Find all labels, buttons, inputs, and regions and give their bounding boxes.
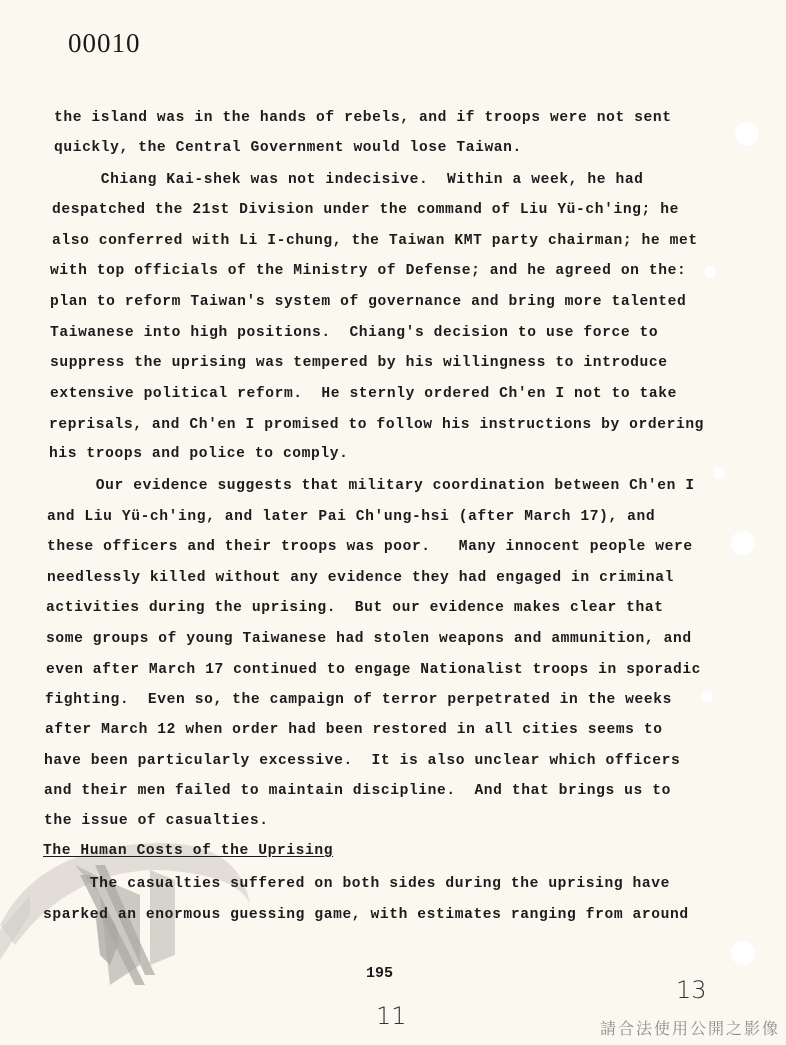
section-heading: The Human Costs of the Uprising — [43, 843, 333, 859]
punch-hole-icon — [730, 940, 756, 966]
punch-hole-icon — [734, 121, 760, 147]
text-line: with top officials of the Ministry of De… — [50, 263, 686, 279]
handwritten-note-bottom: 11 — [376, 1002, 407, 1030]
text-line: The casualties suffered on both sides du… — [43, 876, 670, 892]
text-line: these officers and their troops was poor… — [47, 539, 693, 555]
archive-usage-watermark: 請合法使用公開之影像 — [600, 1016, 780, 1039]
text-line: the issue of casualties. — [44, 813, 269, 829]
text-line: sparked an enormous guessing game, with … — [43, 907, 689, 923]
punch-hole-icon — [730, 530, 756, 556]
punch-hole-icon — [700, 690, 714, 704]
text-line: have been particularly excessive. It is … — [44, 753, 680, 769]
archive-stamp-number: 00010 — [68, 28, 141, 59]
text-line: reprisals, and Ch'en I promised to follo… — [49, 417, 704, 433]
text-line: needlessly killed without any evidence t… — [47, 570, 674, 586]
text-line: the island was in the hands of rebels, a… — [54, 110, 672, 126]
text-line: despatched the 21st Division under the c… — [52, 202, 679, 218]
text-line: extensive political reform. He sternly o… — [50, 386, 677, 402]
text-line: fighting. Even so, the campaign of terro… — [45, 692, 672, 708]
text-line: his troops and police to comply. — [49, 446, 348, 462]
page-number: 195 — [366, 965, 393, 982]
text-line: plan to reform Taiwan's system of govern… — [50, 294, 686, 310]
text-line: and their men failed to maintain discipl… — [44, 783, 671, 799]
text-line: Taiwanese into high positions. Chiang's … — [50, 325, 658, 341]
document-page: 00010 the island was in the hands of reb… — [0, 0, 786, 1045]
handwritten-note-right: 13 — [676, 976, 707, 1004]
text-line: after March 12 when order had been resto… — [45, 722, 663, 738]
text-line: and Liu Yü-ch'ing, and later Pai Ch'ung-… — [47, 509, 655, 525]
text-line: activities during the uprising. But our … — [46, 600, 664, 616]
text-line: even after March 17 continued to engage … — [46, 662, 701, 678]
punch-hole-icon — [712, 466, 726, 480]
text-line: some groups of young Taiwanese had stole… — [46, 631, 692, 647]
text-line: also conferred with Li I-chung, the Taiw… — [52, 233, 698, 249]
punch-hole-icon — [703, 265, 717, 279]
text-line: suppress the uprising was tempered by hi… — [50, 355, 668, 371]
text-line: quickly, the Central Government would lo… — [54, 140, 522, 156]
text-line: Chiang Kai-shek was not indecisive. With… — [54, 172, 644, 188]
text-line: Our evidence suggests that military coor… — [49, 478, 695, 494]
